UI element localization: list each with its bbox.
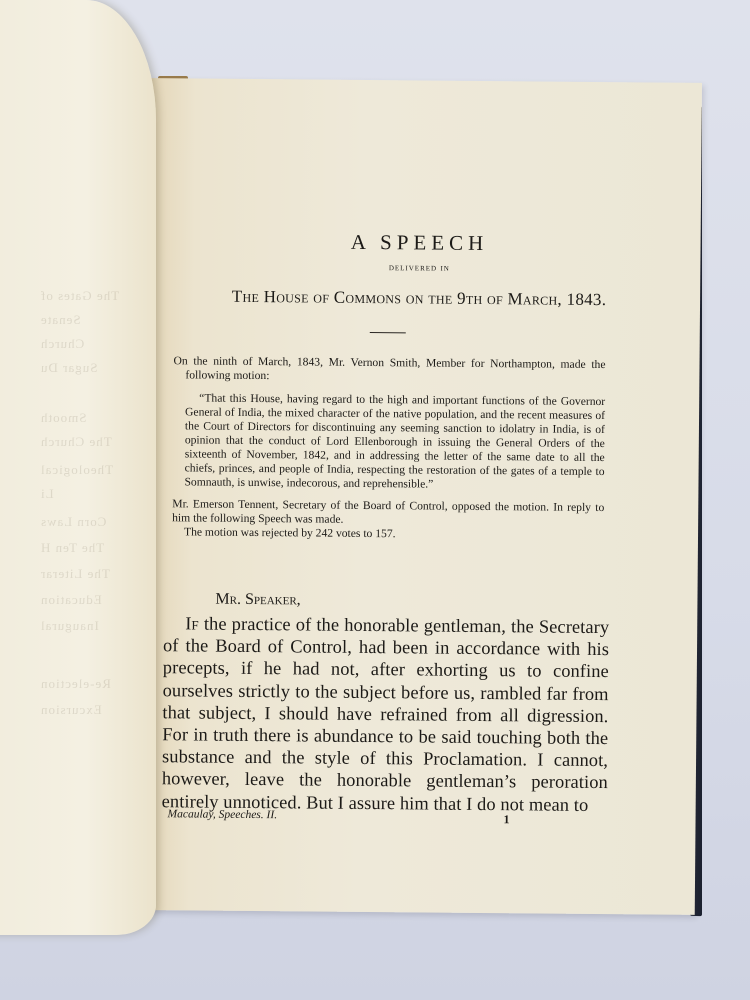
right-page: A SPEECH DELIVERED IN The House of Commo… — [133, 78, 702, 915]
bleed-through-text: Senate — [40, 312, 81, 328]
reply-note: Mr. Emerson Tennent, Secretary of the Bo… — [172, 497, 604, 529]
speech-subtitle: The House of Commons on the 9th of March… — [138, 286, 700, 311]
bleed-through-text: Smooth — [40, 410, 86, 426]
signature-line: Macaulay, Speeches. II. — [168, 808, 278, 821]
bleed-through-text: Corn Laws — [40, 514, 106, 530]
bleed-through-text: Excursion — [40, 702, 102, 718]
page-content: A SPEECH DELIVERED IN The House of Commo… — [133, 78, 702, 915]
bleed-through-text: Church — [40, 336, 84, 352]
body-paragraph: the practice of the honorable gentleman,… — [162, 614, 610, 815]
bleed-through-text: Li — [40, 486, 54, 502]
speech-body: If the practice of the honorable gentlem… — [162, 612, 610, 816]
bleed-through-text: Theological — [40, 462, 113, 478]
salutation: Mr. Speaker, — [215, 591, 300, 610]
bleed-through-text: The Church — [40, 434, 112, 450]
bleed-through-text: Sugar Du — [40, 360, 97, 376]
bleed-through-text: The Literar — [40, 566, 110, 582]
bleed-through-text: The Gates of — [40, 288, 119, 304]
left-page: The Gates of Senate Church Sugar Du Smoo… — [0, 0, 156, 935]
drop-cap: If — [185, 613, 199, 633]
bleed-through-text: The Ten H — [40, 540, 104, 556]
delivered-label: DELIVERED IN — [138, 261, 700, 276]
vote-result: The motion was rejected by 242 votes to … — [172, 525, 604, 543]
motion-line: On the ninth of March, 1843, Mr. Vernon … — [173, 354, 605, 386]
speech-title: A SPEECH — [138, 228, 700, 258]
title-rule — [370, 332, 406, 333]
bleed-through-text: Education — [40, 592, 102, 608]
intro-note: On the ninth of March, 1843, Mr. Vernon … — [172, 354, 606, 543]
bleed-through-text: Inaugural — [40, 618, 99, 634]
motion-quote: “That this House, having regard to the h… — [172, 391, 605, 493]
signature-mark: 1 — [503, 812, 509, 827]
bleed-through-text: Re-election — [40, 676, 111, 692]
